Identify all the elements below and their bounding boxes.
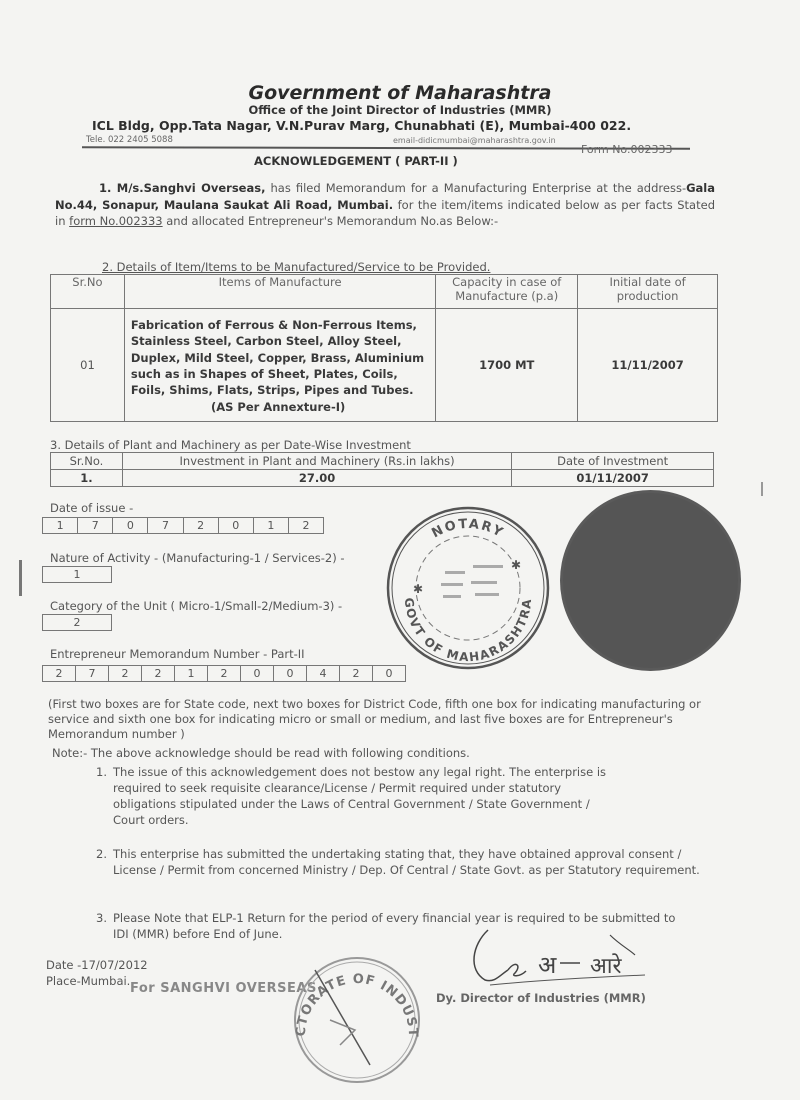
boxes-explanation: (First two boxes are for State code, nex… (48, 697, 708, 742)
digit-box: 0 (113, 518, 148, 533)
condition-number: 1. (96, 764, 107, 780)
signature-icon: अ आरे (460, 925, 660, 995)
intro-text: has filed Memorandum for a Manufacturing… (265, 181, 686, 195)
margin-mark (761, 482, 763, 496)
table-row: 1. 27.00 01/11/2007 (51, 470, 714, 487)
form-reference: form No.002333 (69, 214, 162, 228)
header-investment: Investment in Plant and Machinery (Rs.in… (122, 453, 511, 470)
header-capacity: Capacity in case of Manufacture (p.a) (436, 275, 578, 309)
digit-box: 7 (78, 518, 113, 533)
table-header-row: Sr.No Items of Manufacture Capacity in c… (51, 275, 718, 309)
note-heading: Note:- The above acknowledge should be r… (52, 746, 470, 760)
form-number: Form No.002333 (581, 143, 672, 156)
digit-box: 2 (289, 518, 323, 533)
digit-box: 2 (208, 666, 241, 681)
government-title: Government of Maharashtra (0, 82, 800, 104)
firm-name: 1. M/s.Sanghvi Overseas, (99, 181, 265, 195)
intro-paragraph: 1. M/s.Sanghvi Overseas, has filed Memor… (55, 180, 715, 230)
telephone: Tele. 022 2405 5088 (86, 135, 173, 145)
condition-number: 3. (96, 910, 107, 926)
svg-text:✱: ✱ (511, 558, 521, 572)
digit-box: 2 (184, 518, 219, 533)
digit-box: 2 (43, 666, 76, 681)
intro-text: and allocated Entrepreneur's Memorandum … (163, 214, 499, 228)
office-address: ICL Bldg, Opp.Tata Nagar, V.N.Purav Marg… (92, 118, 631, 133)
svg-text:✱: ✱ (413, 582, 423, 596)
header-sr-no: Sr.No (51, 275, 125, 309)
digit-box: 2 (340, 666, 373, 681)
digit-box: 2 (109, 666, 142, 681)
items-table: Sr.No Items of Manufacture Capacity in c… (50, 274, 718, 422)
category-label: Category of the Unit ( Micro-1/Small-2/M… (50, 599, 342, 613)
digit-box: 1 (254, 518, 289, 533)
header-sr-no: Sr.No. (51, 453, 123, 470)
investment-amount: 27.00 (122, 470, 511, 487)
digit-box: 0 (219, 518, 254, 533)
header-date-investment: Date of Investment (512, 453, 714, 470)
header-items: Items of Manufacture (124, 275, 435, 309)
digit-box: 7 (76, 666, 109, 681)
sr-no: 01 (51, 309, 125, 422)
memorandum-number-boxes: 27221200420 (42, 665, 406, 682)
memorandum-label: Entrepreneur Memorandum Number - Part-II (50, 647, 305, 661)
items-note: (AS Per Annexture-I) (131, 399, 425, 415)
condition-2: 2. This enterprise has submitted the und… (113, 846, 705, 878)
capacity: 1700 MT (436, 309, 578, 422)
table-row: 01 Fabrication of Ferrous & Non-Ferrous … (51, 309, 718, 422)
nature-of-activity-value: 1 (42, 566, 112, 583)
embossed-seal-icon (563, 493, 738, 668)
date-of-issue-label: Date of issue - (50, 501, 133, 515)
section2-title: 2. Details of Item/Items to be Manufactu… (102, 260, 490, 274)
header-initial-date: Initial date of production (578, 275, 718, 309)
section3-title: 3. Details of Plant and Machinery as per… (50, 438, 411, 452)
digit-box: 4 (307, 666, 340, 681)
notary-stamp-icon: NOTARY GOVT OF MAHARASHTRA ✱ ✱ (383, 503, 553, 673)
digit-box: 1 (175, 666, 208, 681)
directorate-stamp-icon: DIRECTORATE OF INDUSTRIES (285, 940, 425, 1090)
digit-box: 7 (148, 518, 183, 533)
table-header-row: Sr.No. Investment in Plant and Machinery… (51, 453, 714, 470)
nature-of-activity-label: Nature of Activity - (Manufacturing-1 / … (50, 551, 345, 565)
svg-text:DIRECTORATE OF INDUSTRIES: DIRECTORATE OF INDUSTRIES (285, 940, 420, 1038)
sr-no: 1. (51, 470, 123, 487)
svg-text:अ: अ (538, 951, 557, 979)
office-name: Office of the Joint Director of Industri… (0, 103, 800, 117)
initial-date: 11/11/2007 (578, 309, 718, 422)
category-value: 2 (42, 614, 112, 631)
condition-text: This enterprise has submitted the undert… (113, 847, 700, 877)
investment-date: 01/11/2007 (512, 470, 714, 487)
digit-box: 0 (274, 666, 307, 681)
signatory-title: Dy. Director of Industries (MMR) (436, 991, 646, 1005)
items-cell: Fabrication of Ferrous & Non-Ferrous Ite… (124, 309, 435, 422)
digit-box: 0 (241, 666, 274, 681)
digit-box: 2 (142, 666, 175, 681)
condition-text: The issue of this acknowledgement does n… (113, 765, 606, 827)
condition-number: 2. (96, 846, 107, 862)
acknowledgement-title: ACKNOWLEDGEMENT ( PART-II ) (254, 154, 458, 168)
date-of-issue-boxes: 17072012 (42, 517, 324, 534)
items-text: Fabrication of Ferrous & Non-Ferrous Ite… (131, 318, 424, 397)
margin-mark (19, 560, 22, 596)
condition-1: 1. The issue of this acknowledgement doe… (113, 764, 613, 828)
investment-table: Sr.No. Investment in Plant and Machinery… (50, 452, 714, 487)
digit-box: 1 (43, 518, 78, 533)
email: email-didicmumbai@maharashtra.gov.in (393, 136, 556, 145)
issue-date: Date -17/07/2012 (46, 957, 148, 973)
svg-text:NOTARY: NOTARY (429, 517, 506, 542)
svg-text:आरे: आरे (590, 953, 622, 979)
